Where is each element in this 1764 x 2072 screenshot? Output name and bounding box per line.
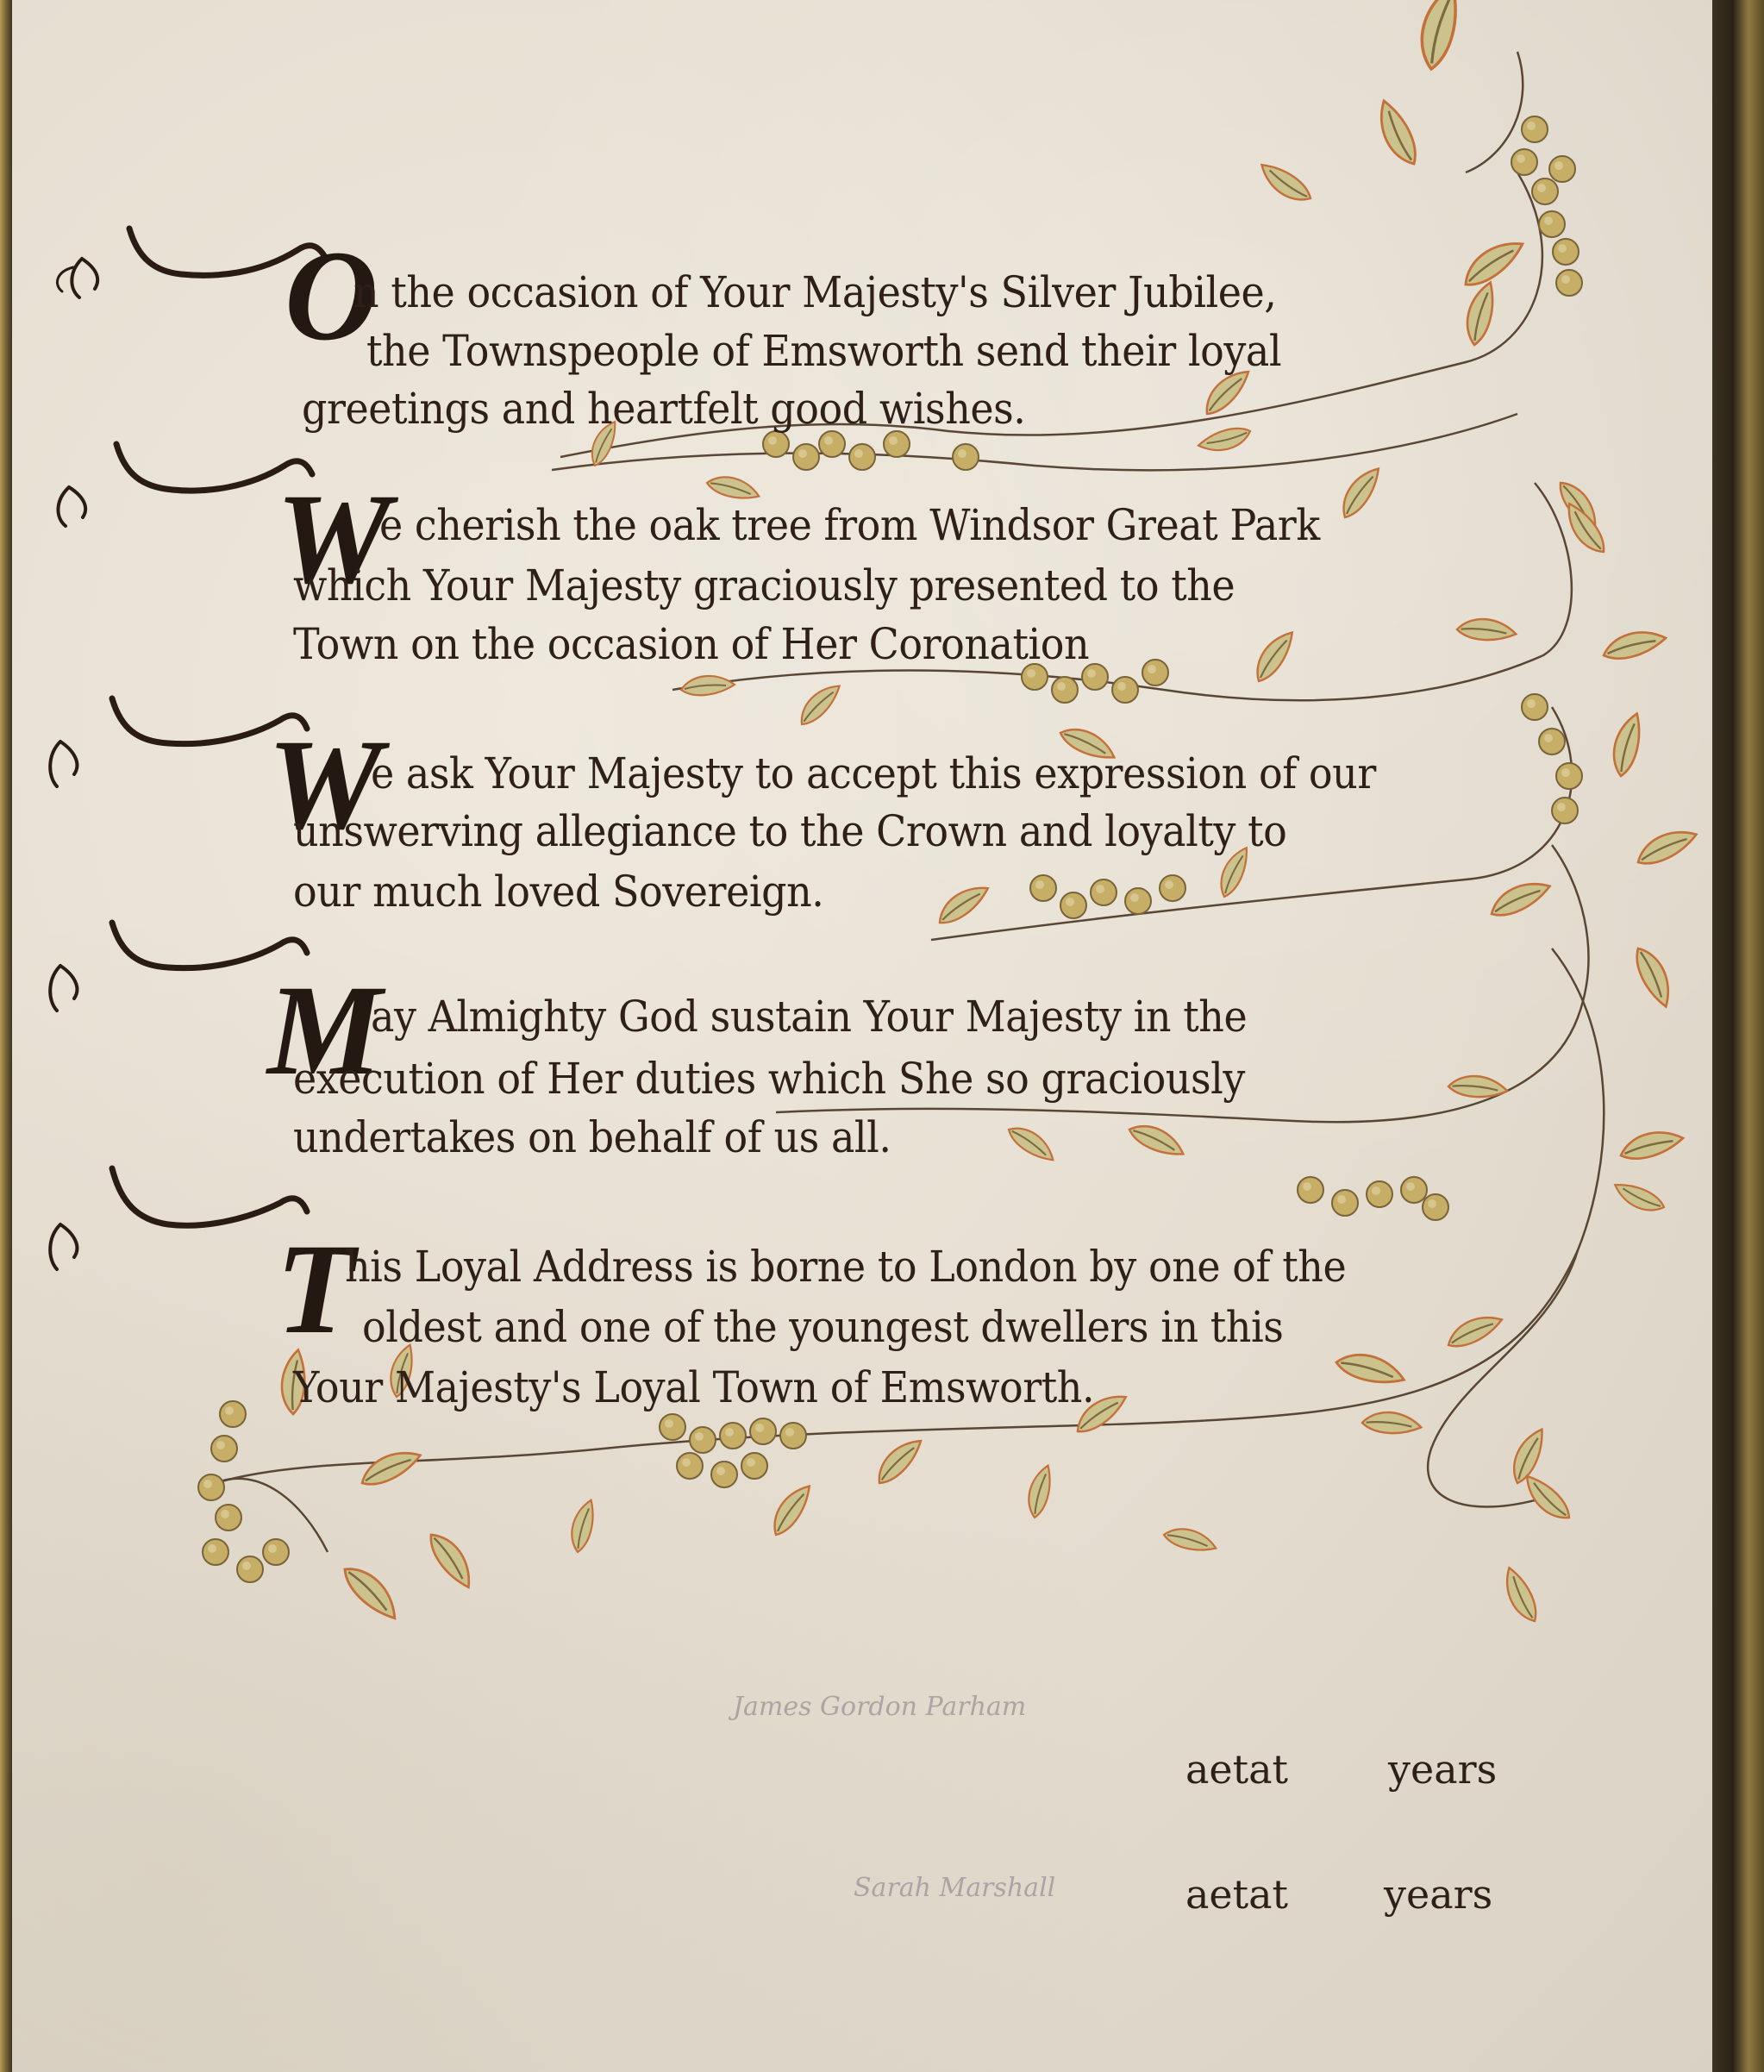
text-line: Your Majesty's Loyal Town of Emsworth. — [293, 1362, 1094, 1412]
text-line: our much loved Sovereign. — [293, 867, 823, 917]
drop-cap: T — [276, 1224, 355, 1354]
aetat-label: aetat — [1185, 1871, 1288, 1918]
text-line: e cherish the oak tree from Windsor Grea… — [379, 500, 1320, 550]
text-line: execution of Her duties which She so gra… — [293, 1054, 1245, 1104]
years-label: years — [1384, 1871, 1492, 1918]
text-line: Town on the occasion of Her Coronation — [293, 619, 1089, 669]
aetat-label: aetat — [1185, 1746, 1288, 1793]
text-line: e ask Your Majesty to accept this expres… — [371, 748, 1376, 798]
text-line: undertakes on behalf of us all. — [293, 1112, 891, 1162]
text-line: n the occasion of Your Majesty's Silver … — [353, 267, 1276, 317]
text-line: the Townspeople of Emsworth send their l… — [366, 326, 1281, 376]
text-line: which Your Majesty graciously presented … — [293, 560, 1235, 610]
text-line: ay Almighty God sustain Your Majesty in … — [371, 992, 1247, 1042]
text-line: his Loyal Address is borne to London by … — [345, 1242, 1346, 1292]
pencil-signature-youngest: Sarah Marshall — [854, 1873, 1055, 1903]
text-line: unswerving allegiance to the Crown and l… — [293, 806, 1286, 856]
text-line: greetings and heartfelt good wishes. — [302, 384, 1025, 434]
pencil-signature-oldest: James Gordon Parham — [733, 1692, 1026, 1722]
text-line: oldest and one of the youngest dwellers … — [362, 1302, 1283, 1352]
years-label: years — [1388, 1746, 1497, 1793]
